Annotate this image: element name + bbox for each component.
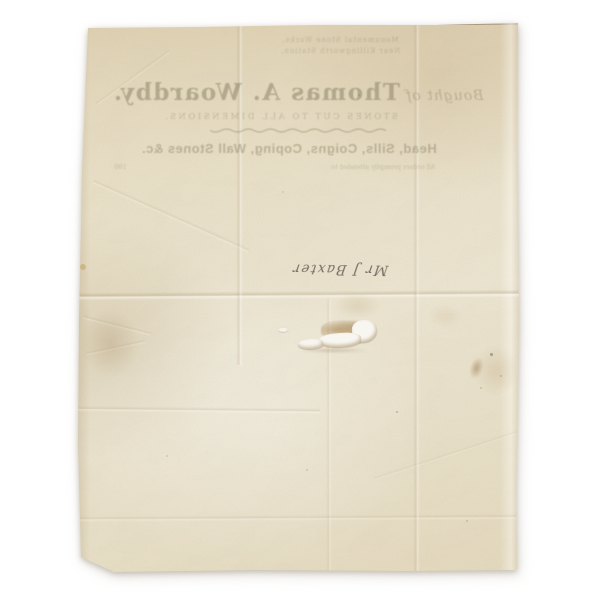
footer-line: All orders promptly attended to. 190 xyxy=(76,163,520,173)
footer-right-text: 190 xyxy=(89,163,151,171)
tear-white-patch-4 xyxy=(278,328,288,333)
bought-of-label: Bought of xyxy=(405,88,483,104)
tagline: STONES CUT TO ALL DIMENSIONS. xyxy=(76,112,502,122)
billhead-heading: Bought of Thomas A. Woardby. xyxy=(76,79,520,106)
address-line-2: Near Killingworth Station, xyxy=(160,47,520,55)
wavy-rule xyxy=(210,127,386,134)
paper-sheet: Monumental Stone Works, Near Killingwort… xyxy=(76,23,520,574)
handwriting-note: Mr J Baxter xyxy=(283,260,397,278)
paper-shadow-wrap: Monumental Stone Works, Near Killingwort… xyxy=(76,23,520,574)
bleedthrough-print-layer: Monumental Stone Works, Near Killingwort… xyxy=(76,23,520,574)
products-line: Head, Sills, Coigns, Coping, Wall Stones… xyxy=(76,141,511,156)
proprietor-name: Thomas A. Woardby. xyxy=(113,79,400,106)
footer-main-text: All orders promptly attended to. xyxy=(307,163,458,171)
address-line-1: Monumental Stone Works, xyxy=(160,36,520,44)
photo-canvas: Monumental Stone Works, Near Killingwort… xyxy=(0,0,600,600)
